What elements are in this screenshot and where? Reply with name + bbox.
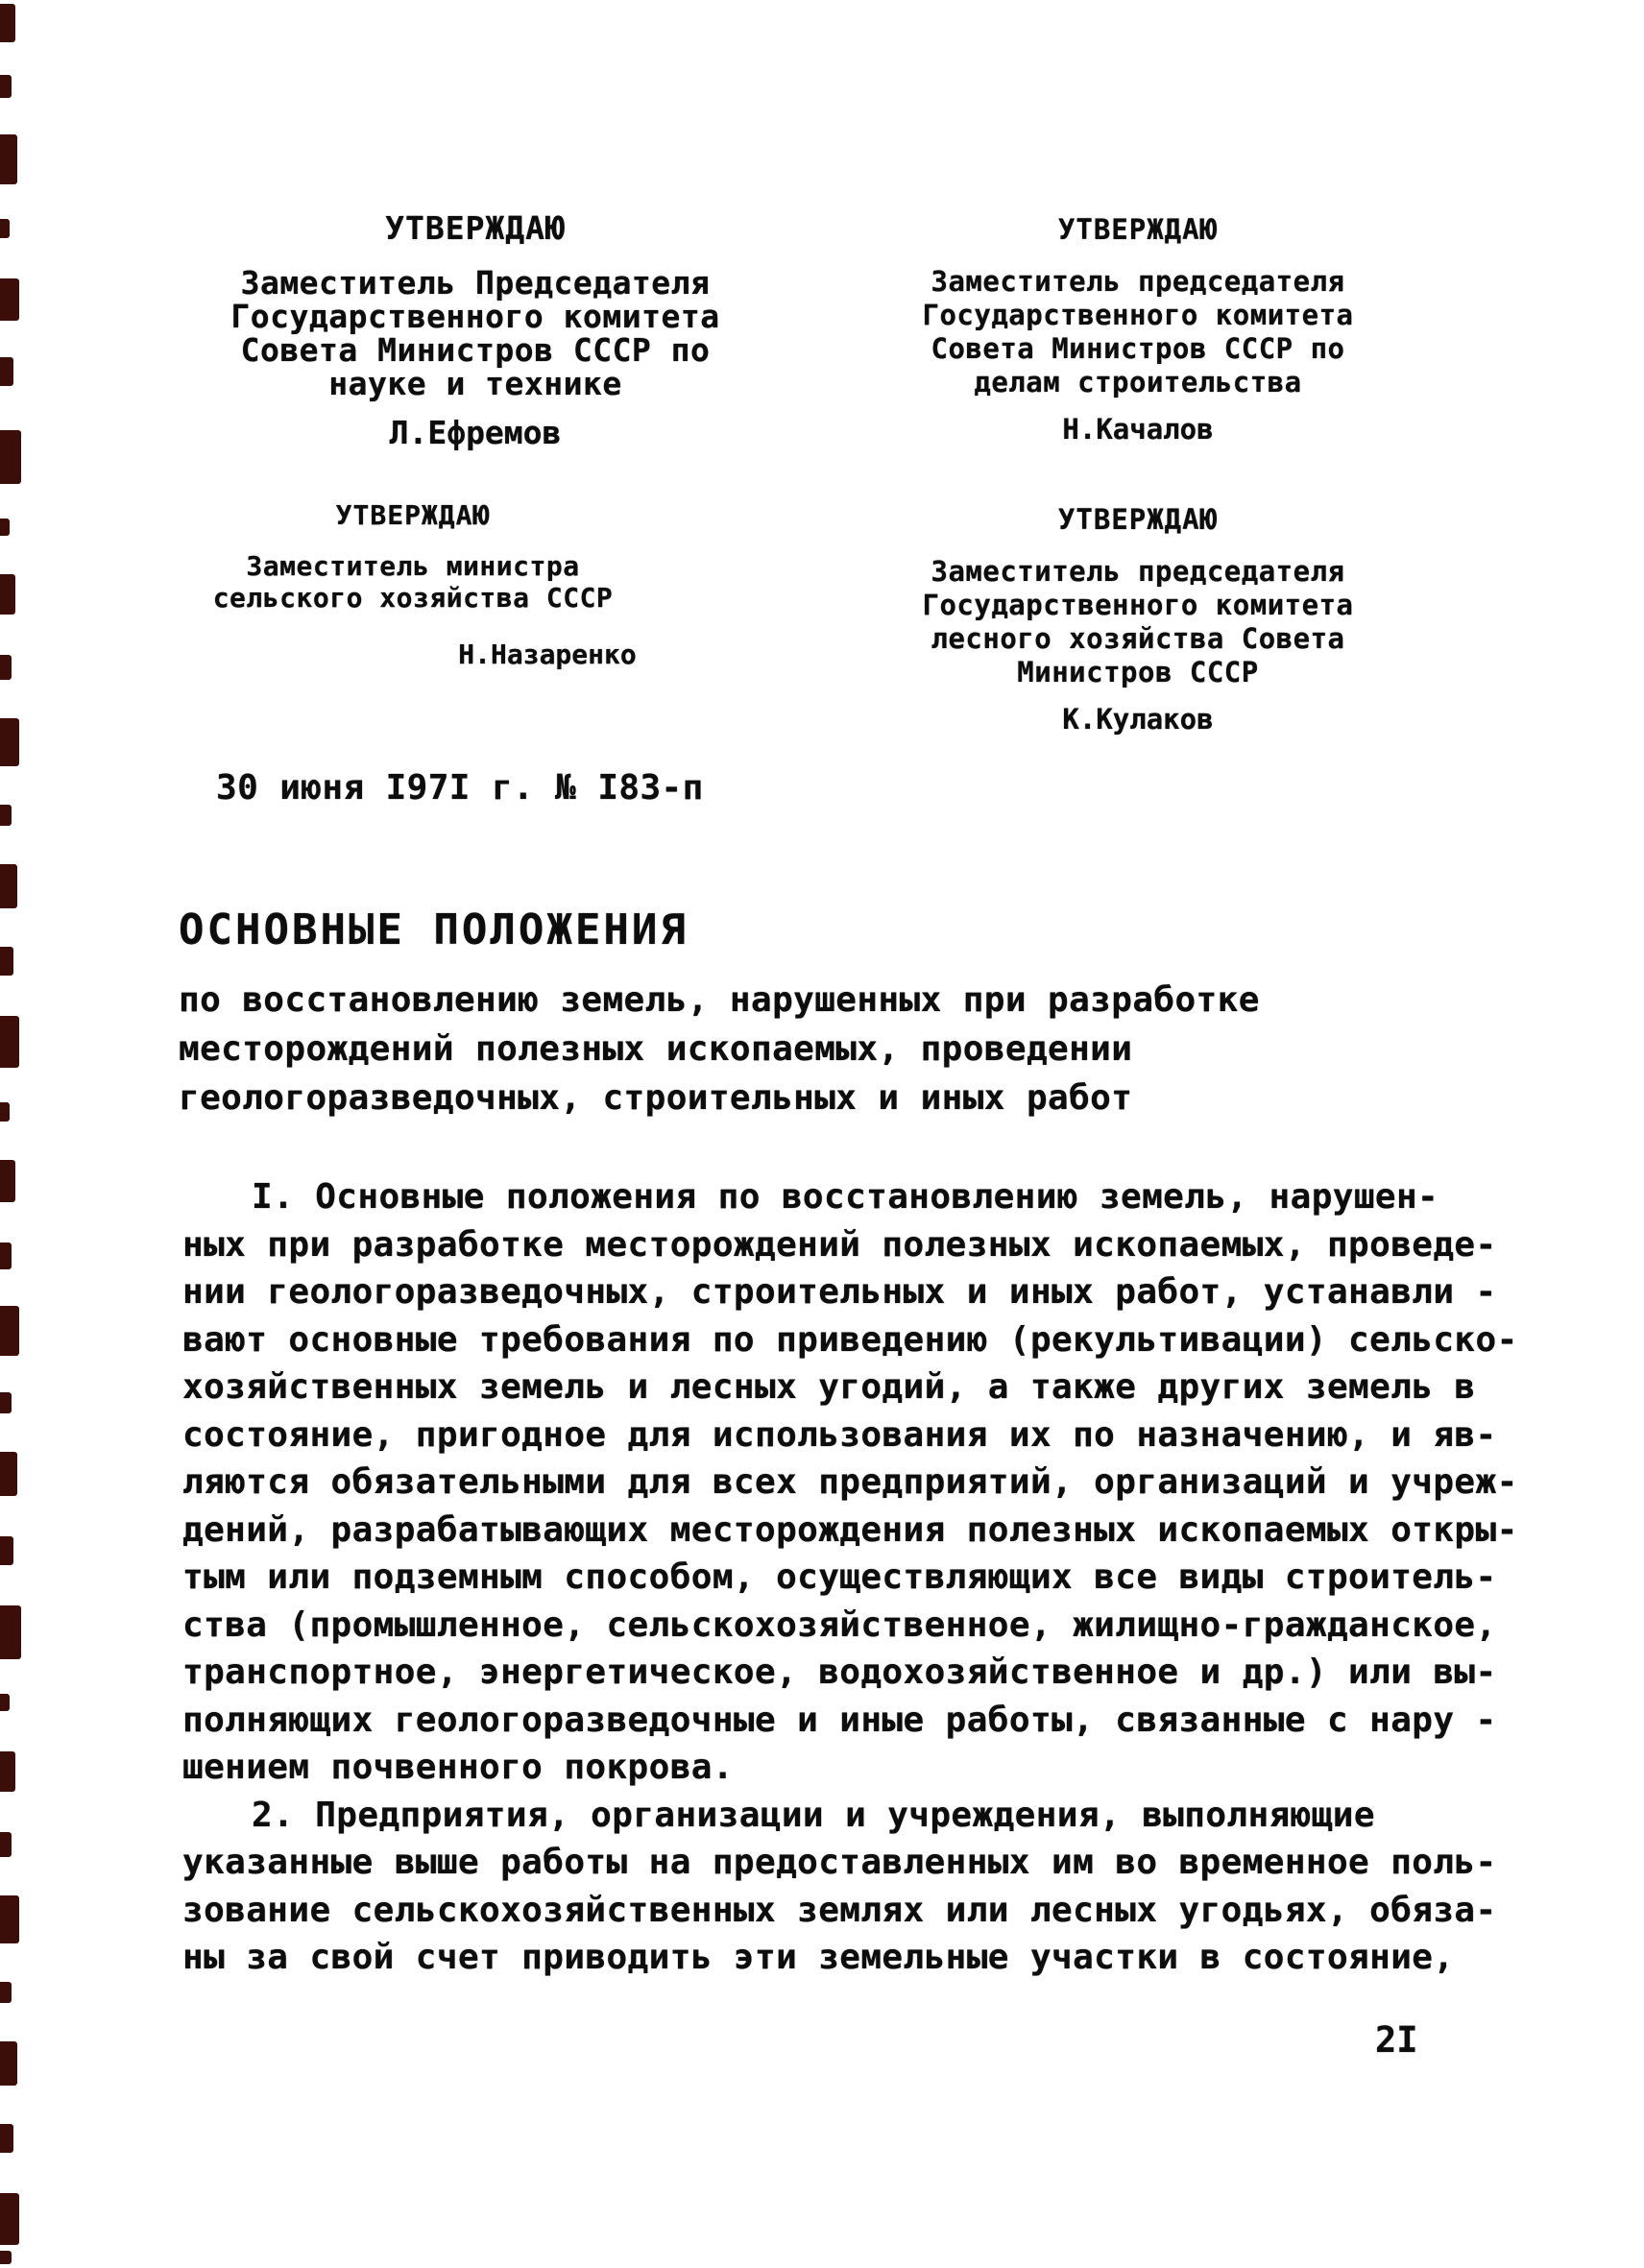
edge-mark	[0, 574, 15, 615]
page-number: 2I	[1375, 2019, 1418, 2061]
scanned-document-page: УТВЕРЖДАЮ Заместитель Председателя Госуд…	[0, 0, 1644, 2268]
approver-position: Заместитель министра сельского хозяйства…	[197, 550, 629, 614]
edge-mark	[0, 718, 19, 766]
approver-position: Заместитель Председателя Государственног…	[226, 266, 725, 400]
edge-mark	[0, 4, 15, 42]
approver-position-line: Заместитель председателя	[898, 265, 1378, 299]
subtitle-line: по восстановлению земель, нарушенных при…	[179, 976, 1260, 1025]
approval-block-construction: УТВЕРЖДАЮ Заместитель председателя Госуд…	[898, 213, 1378, 446]
edge-mark	[0, 1605, 21, 1659]
body-line: ляются обязательными для всех предприяти…	[182, 1459, 1517, 1507]
approver-position: Заместитель председателя Государственног…	[898, 265, 1378, 399]
body-line: хозяйственных земель и лесных угодий, а …	[182, 1363, 1517, 1411]
edge-mark	[0, 947, 13, 976]
body-line: нии геологоразведочных, строительных и и…	[182, 1268, 1517, 1316]
body-line: вают основные требования по приведению (…	[182, 1316, 1517, 1364]
edge-mark	[0, 1102, 10, 1122]
approval-block-agriculture: УТВЕРЖДАЮ Заместитель министра сельского…	[197, 499, 629, 670]
approver-position-line: Государственного комитета	[226, 300, 725, 333]
edge-mark	[0, 357, 13, 386]
approver-position-line: сельского хозяйства СССР	[197, 582, 629, 614]
edge-mark	[0, 655, 12, 680]
edge-mark	[0, 278, 19, 321]
approver-position-line: Совета Министров СССР по	[898, 332, 1378, 366]
document-date-and-number: 30 июня I97I г. № I83-п	[216, 768, 704, 808]
body-line: тым или подземным способом, осуществляющ…	[182, 1554, 1517, 1602]
document-subtitle: по восстановлению земель, нарушенных при…	[179, 976, 1260, 1122]
edge-mark	[0, 430, 21, 484]
approver-position-line: Заместитель председателя	[898, 555, 1378, 589]
body-line: I. Основные положения по восстановлению …	[182, 1173, 1517, 1221]
edge-mark	[0, 1306, 19, 1356]
edge-mark	[0, 1536, 13, 1565]
approver-signature-name: Л.Ефремов	[226, 414, 725, 451]
body-line: состояние, пригодное для использования и…	[182, 1411, 1517, 1460]
approver-position-line: лесного хозяйства Совета	[898, 622, 1378, 656]
edge-mark	[0, 2041, 17, 2086]
body-line: транспортное, энергетическое, водохозяйс…	[182, 1649, 1517, 1697]
approval-block-forestry: УТВЕРЖДАЮ Заместитель председателя Госуд…	[898, 503, 1378, 736]
edge-mark	[0, 1694, 10, 1711]
approver-signature-name: К.Кулаков	[898, 703, 1378, 736]
approver-position-line: Министров СССР	[898, 656, 1378, 689]
document-title: ОСНОВНЫЕ ПОЛОЖЕНИЯ	[179, 905, 689, 954]
edge-mark	[0, 1751, 15, 1792]
body-line: зование сельскохозяйственных землях или …	[182, 1887, 1517, 1935]
body-line: ны за свой счет приводить эти земельные …	[182, 1934, 1517, 1982]
edge-mark	[0, 2251, 12, 2264]
document-body-paragraphs: I. Основные положения по восстановлению …	[182, 1173, 1517, 1982]
body-line: шением почвенного покрова.	[182, 1744, 1517, 1792]
subtitle-line: геологоразведочных, строительных и иных …	[179, 1074, 1260, 1122]
edge-mark	[0, 1160, 15, 1202]
approver-position: Заместитель председателя Государственног…	[898, 555, 1378, 689]
body-line: указанные выше работы на предоставленных…	[182, 1839, 1517, 1887]
approve-stamp-label: УТВЕРЖДАЮ	[898, 503, 1378, 536]
approval-block-science-and-technology: УТВЕРЖДАЮ Заместитель Председателя Госуд…	[226, 209, 725, 451]
edge-mark	[0, 1895, 19, 1943]
approver-position-line: Государственного комитета	[898, 589, 1378, 622]
edge-mark	[0, 1982, 12, 2003]
edge-mark	[0, 2193, 19, 2245]
edge-mark	[0, 805, 12, 826]
edge-mark	[0, 75, 12, 98]
approver-signature-name: Н.Качалов	[898, 413, 1378, 446]
body-line: полняющих геологоразведочные и иные рабо…	[182, 1697, 1517, 1745]
approver-position-line: науке и технике	[226, 367, 725, 400]
edge-mark	[0, 864, 17, 908]
edge-mark	[0, 1243, 12, 1269]
approver-position-line: Заместитель министра	[197, 550, 629, 582]
edge-mark	[0, 1452, 17, 1496]
approver-position-line: делам строительства	[898, 366, 1378, 399]
edge-mark	[0, 134, 17, 184]
subtitle-line: месторождений полезных ископаемых, прове…	[179, 1025, 1260, 1074]
body-line: ных при разработке месторождений полезны…	[182, 1221, 1517, 1269]
body-line: ства (промышленное, сельскохозяйственное…	[182, 1602, 1517, 1650]
approver-position-line: Заместитель Председателя	[226, 266, 725, 300]
edge-mark	[0, 1392, 12, 1413]
edge-mark	[0, 2124, 13, 2153]
approver-position-line: Совета Министров СССР по	[226, 333, 725, 367]
approver-position-line: Государственного комитета	[898, 299, 1378, 332]
body-line: 2. Предприятия, организации и учреждения…	[182, 1792, 1517, 1840]
edge-mark	[0, 1832, 12, 1857]
approve-stamp-label: УТВЕРЖДАЮ	[197, 499, 629, 531]
edge-mark	[0, 1016, 19, 1068]
body-line: дений, разрабатывающих месторождения пол…	[182, 1507, 1517, 1555]
edge-mark	[0, 219, 10, 238]
approve-stamp-label: УТВЕРЖДАЮ	[898, 213, 1378, 246]
approver-signature-name: Н.Назаренко	[331, 639, 763, 670]
edge-mark	[0, 519, 10, 536]
approve-stamp-label: УТВЕРЖДАЮ	[226, 209, 725, 247]
